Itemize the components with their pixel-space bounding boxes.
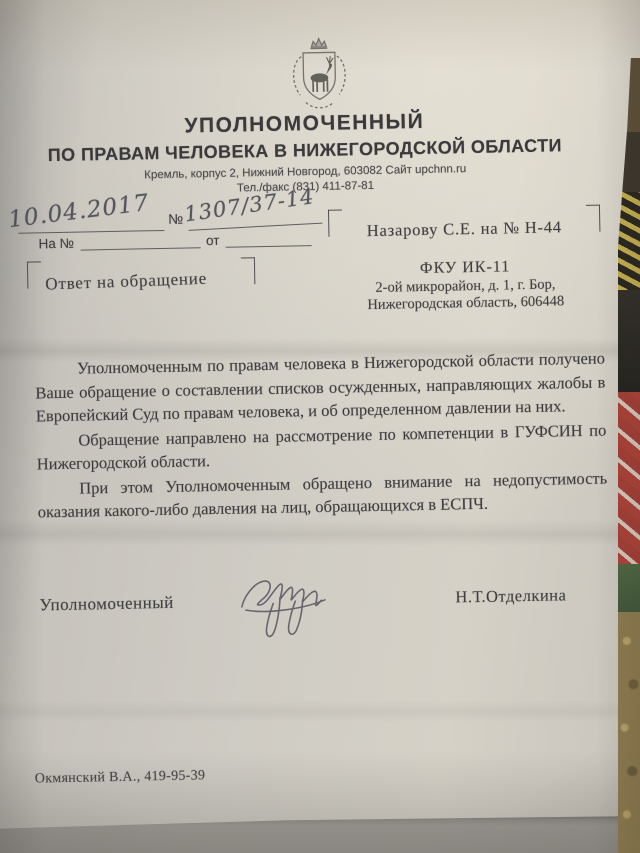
red-fabric — [618, 392, 640, 564]
subject-stamp-box: Ответ на обращение — [27, 257, 256, 309]
body-paragraph-3: При этом Уполномоченным обращено внимани… — [37, 466, 608, 524]
coat-of-arms-deer-emblem — [275, 33, 365, 121]
reply-date-blank — [225, 231, 311, 248]
recipient-block: Назарову С.Е. на № Н-44 ФКУ ИК-11 2-ой м… — [328, 205, 602, 320]
handwritten-signature — [231, 546, 370, 647]
body-paragraph-1: Уполномоченным по правам человека в Ниже… — [35, 347, 606, 428]
photo-of-letter: УПОЛНОМОЧЕННЫЙ ПО ПРАВАМ ЧЕЛОВЕКА В НИЖЕ… — [0, 0, 640, 853]
reply-number-blank — [80, 233, 200, 250]
letter-content: УПОЛНОМОЧЕННЫЙ ПО ПРАВАМ ЧЕЛОВЕКА В НИЖЕ… — [0, 0, 640, 853]
reply-to-label: На № — [38, 236, 74, 252]
striped-object — [618, 192, 640, 290]
green-fabric — [618, 564, 640, 612]
signoff-name: Н.Т.Отделкина — [455, 585, 566, 607]
executor-contact: Окмянский В.А., 419-95-39 — [35, 768, 206, 787]
letter-body: Уполномоченным по правам человека в Ниже… — [35, 347, 608, 524]
floral-fabric — [618, 612, 640, 853]
signoff-position: Уполномоченный — [39, 593, 174, 616]
reply-reference-line: На №от — [38, 231, 311, 251]
number-sign: № — [168, 211, 183, 227]
recipient-name: Назарову С.Е. на № Н-44 — [328, 217, 600, 242]
fabric-segment — [618, 290, 640, 392]
reply-from-label: от — [206, 233, 220, 248]
subject-stamp-text: Ответ на обращение — [45, 269, 207, 295]
